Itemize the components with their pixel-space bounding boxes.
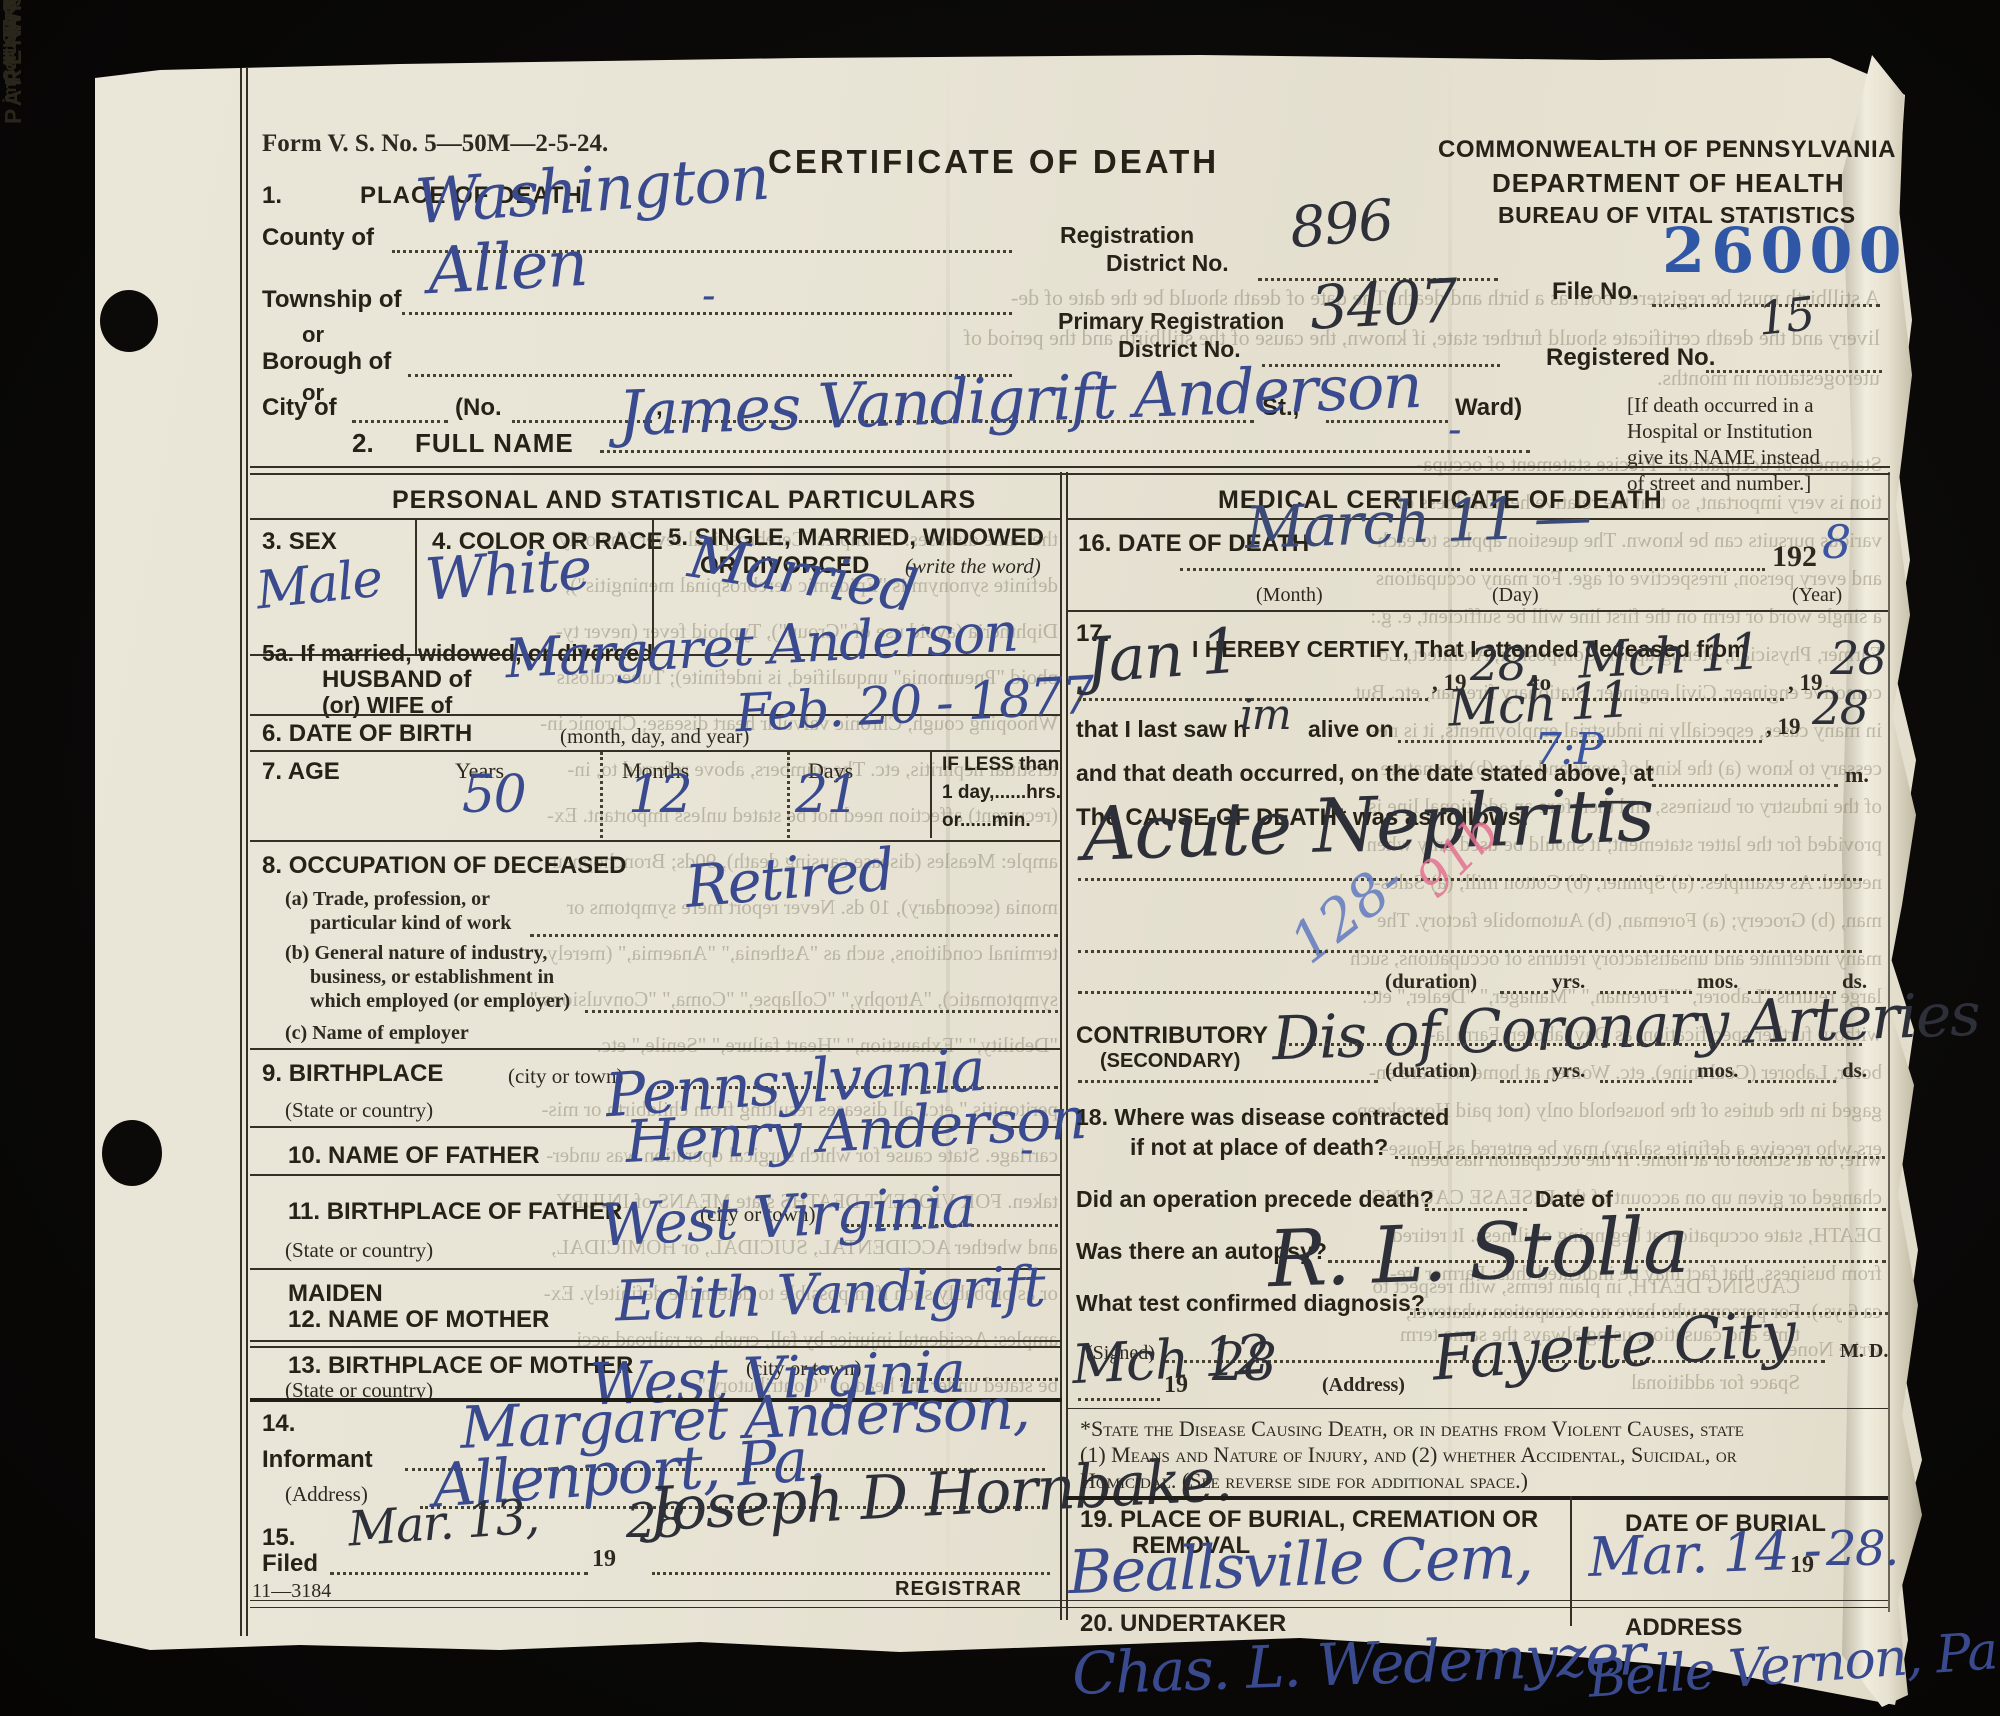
spouse-label-2: HUSBAND of [322,666,471,694]
dob-label: 6. DATE OF BIRTH [262,720,472,748]
section-1-number: 1. [262,182,282,210]
signature-address-note: (Address) [1322,1374,1405,1397]
dod-month-line [1180,568,1460,571]
dod-19: 192 [1772,540,1817,574]
filed-number: 15. [262,1524,295,1552]
q18-label-1: 18. Where was disease contracted [1076,1104,1449,1131]
informant-number: 14. [262,1410,295,1438]
occupation-b-label-1: (b) General nature of industry, [285,942,547,965]
duration1-line-a [1500,991,1548,994]
rule [1066,1408,1888,1409]
birthplace-state-note: (State or country) [285,1098,433,1123]
registration-value: 896 [1288,196,1394,255]
occupation-a-value: Retired [683,843,895,913]
primary-reg-label-1: Primary Registration [1058,308,1284,335]
punch-hole-top [100,290,158,352]
burial-place-value: Beallsville Cem, [1067,1530,1533,1600]
last-saw-label-2: alive on [1308,716,1394,743]
undertaker-value: Chas. L. Wedemyzer [1071,1628,1645,1700]
duration2-line-a [1500,1080,1548,1083]
cause-line-2 [1078,950,1862,953]
no-label: (No. [455,394,502,422]
dod-day-note: (Day) [1492,584,1539,607]
duration1-leader [1078,991,1378,994]
q18-line [1395,1156,1885,1159]
personal-header: PERSONAL AND STATISTICAL PARTICULARS [392,486,976,515]
burial-divider [1570,1496,1572,1626]
occurred-m-label: m. [1845,762,1869,788]
ward-label: Ward) [1455,394,1522,422]
dod-month-note: (Month) [1256,584,1323,607]
father-birthplace-state-note: (State or country) [285,1238,433,1263]
registration-label-2: District No. [1106,250,1229,277]
full-name-label: FULL NAME [415,428,574,459]
burial-date-value: Mar. 14 - [1587,1526,1821,1583]
q18-label-2: if not at place of death? [1130,1134,1388,1161]
age-years-value: 50 [462,772,525,819]
age-months-value: 12 [628,772,691,819]
occupation-a-line [530,934,1058,937]
father-label: 10. NAME OF FATHER [288,1142,540,1170]
contributory-label: CONTRIBUTORY [1076,1022,1268,1050]
dod-year-note: (Year) [1792,584,1842,607]
duration2-ds: ds. [1842,1058,1867,1083]
sex-value: Male [254,556,384,616]
dob-value: Feb. 20 - 1877 [734,673,1094,738]
filed-19: 19 [592,1546,616,1573]
certificate-title: CERTIFICATE OF DEATH [768,143,1219,181]
ifless-line3: or......min. [942,810,1031,832]
contributory-secondary-label: (SECONDARY) [1100,1050,1240,1073]
or-label-1: or [302,322,324,348]
hospital-note: [If death occurred in a Hospital or Inst… [1627,392,1820,496]
last-saw-him: im [1240,696,1290,734]
md-label: M. D. [1840,1340,1888,1363]
race-value: White [423,542,592,606]
dod-day-line [1470,568,1765,571]
burial-year-value: 28. [1826,1528,1898,1571]
column-divider [1060,472,1062,1620]
registration-label-1: Registration [1060,222,1194,249]
signature-19: 19 [1164,1372,1188,1399]
rule [250,466,1890,468]
last-saw-19: , 19 [1766,714,1801,740]
township-value: Allen [427,236,589,302]
footnote: *State the Disease Causing Death, or in … [1080,1416,1744,1494]
ifless-line2: 1 day,......hrs. [942,782,1061,804]
certify-to-year: 28 [1830,638,1886,679]
mother-label: 12. NAME OF MOTHER [288,1306,549,1334]
agency-commonwealth: COMMONWEALTH OF PENNSYLVANIA [1438,136,1896,164]
registrar-sig-line [652,1572,1050,1575]
mother-birthplace-label: 13. BIRTHPLACE OF MOTHER [288,1352,633,1380]
birthplace-label: 9. BIRTHPLACE [262,1060,443,1088]
city-label: City of [262,394,337,422]
contributory-line [1282,1043,1862,1046]
duration2-line-b [1600,1080,1692,1083]
age-divider [930,752,932,838]
certify-from-value: Jan 1 [1083,623,1240,689]
scanned-death-certificate: A stillbirth must be registered both as … [0,0,2000,1716]
occupation-b-label-2: business, or establishment in [310,966,554,989]
marital-note: (write the word) [905,554,1041,579]
age-days-value: 21 [795,772,858,819]
occupation-b-line [585,1010,1058,1013]
duration1-label: (duration) [1385,969,1477,994]
agency-department: DEPARTMENT OF HEALTH [1492,168,1845,199]
rule [250,518,1062,520]
county-label: County of [262,224,374,252]
father-birthplace-value: West Virginia [599,1180,976,1252]
registered-no-value: 15 [1756,293,1816,340]
parents-vertical-label: PARENTS [0,0,27,124]
file-no-stamp: 26000 [1662,214,1908,287]
margin-rule [240,68,242,1636]
cell-divider [415,520,417,654]
filed-label: Filed [262,1550,318,1578]
rule [250,473,1890,475]
ifless-line1: IF LESS than [942,754,1059,776]
operation-label: Did an operation precede death? [1076,1186,1434,1213]
duration2-label: (duration) [1385,1058,1477,1083]
full-name-line [600,450,1530,453]
margin-rule [246,68,248,1636]
informant-label: Informant [262,1446,373,1474]
registrar-label: REGISTRAR [895,1578,1022,1601]
dod-year-value: 8 [1822,522,1850,563]
occupation-b-label-3: which employed (or employer) [310,990,570,1013]
age-label: 7. AGE [262,758,340,786]
column-divider [1066,472,1068,1620]
primary-reg-value: 3407 [1309,274,1458,336]
form-number: Form V. S. No. 5—50M—2-5-24. [262,130,608,158]
duration2-leader [1078,1080,1378,1083]
duration2-yrs: yrs. [1552,1058,1585,1083]
duration2-mos: mos. [1697,1058,1738,1083]
father-dash: - [1020,1132,1032,1168]
duration1-yrs: yrs. [1552,969,1585,994]
maiden-label: MAIDEN [288,1280,383,1308]
file-no-label: File No. [1552,278,1639,306]
registered-no-line [1706,370,1882,373]
signature-year: 28 [1212,1340,1275,1387]
city-line [352,420,448,423]
age-divider [600,752,603,838]
dod-value: March 11 — [1244,490,1591,554]
last-saw-year: 28 [1812,688,1868,729]
duration2-line-c [1748,1080,1836,1083]
occupation-a-label-1: (a) Trade, profession, or [285,888,490,911]
father-birthplace-label: 11. BIRTHPLACE OF FATHER [288,1198,622,1226]
section-2-number: 2. [352,428,374,459]
punch-hole-bottom [102,1120,162,1186]
filed-date-line [330,1572,588,1575]
borough-label: Borough of [262,348,391,376]
mother-value: Edith Vandigrift [614,1263,1045,1328]
filed-date-value: Mar. 13, [347,1495,540,1551]
rule [250,750,1062,752]
sex-label: 3. SEX [262,528,337,556]
occupation-label: 8. OCCUPATION OF DECEASED [262,852,626,880]
registered-no-label: Registered No. [1546,344,1715,372]
township-dash: - [702,278,714,314]
dob-note: (month, day, and year) [560,724,749,749]
physician-signature: R. L. Stolla [1267,1211,1689,1296]
burial-19: 19 [1790,1552,1814,1579]
rule [250,840,1062,842]
last-saw-label-1: that I last saw h [1076,716,1247,743]
occupation-a-label-2: particular kind of work [310,912,511,935]
signature-date-line [1078,1398,1160,1401]
occupation-c-label: (c) Name of employer [285,1022,469,1045]
occurred-hour-value: 7:P [1534,730,1602,770]
township-label: Township of [262,286,402,314]
occurred-line [1652,784,1838,787]
age-divider [787,752,790,838]
thick-rule [1066,1496,1888,1500]
full-name-dash: - [1448,412,1460,448]
rule [1066,610,1888,612]
